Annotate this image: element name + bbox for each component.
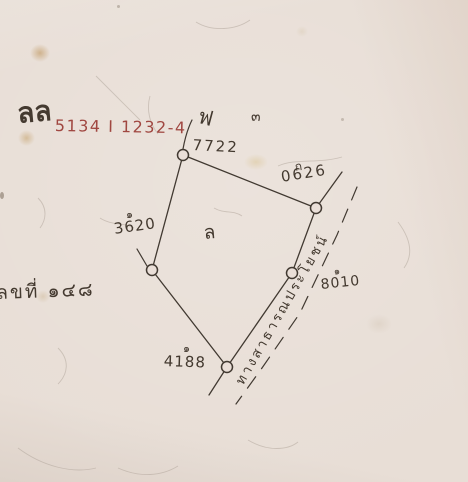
point-mark-4188: ๑ (183, 343, 190, 354)
survey-point-3620 (147, 265, 158, 276)
parcel-boundary-west (152, 155, 183, 270)
margin-note: ลขที่ ๑๔๘ (0, 281, 95, 303)
point-mark-0626: ก (294, 160, 303, 173)
survey-linework (0, 0, 468, 482)
top-right-mark: ๓ (251, 110, 261, 124)
survey-point-0626 (311, 203, 322, 214)
parcel-center-mark: ล (203, 223, 216, 243)
point-mark-3620: ๑ (126, 209, 133, 220)
surveyor-initials: ลล (16, 97, 53, 128)
boundary-spur-west (137, 249, 147, 266)
point-label-4188: 4188 (163, 354, 206, 370)
faint-pencil-scratches (18, 20, 410, 475)
scanned-survey-sketch: ลล 5134 I 1232-4 ลขที่ ๑๔๘ ล ๓ 7722 ฟ 06… (0, 0, 468, 482)
document-number: 5134 I 1232-4 (55, 118, 187, 136)
survey-point-7722 (178, 150, 189, 161)
survey-point-4188 (222, 362, 233, 373)
point-label-7722: 7722 (192, 138, 239, 155)
